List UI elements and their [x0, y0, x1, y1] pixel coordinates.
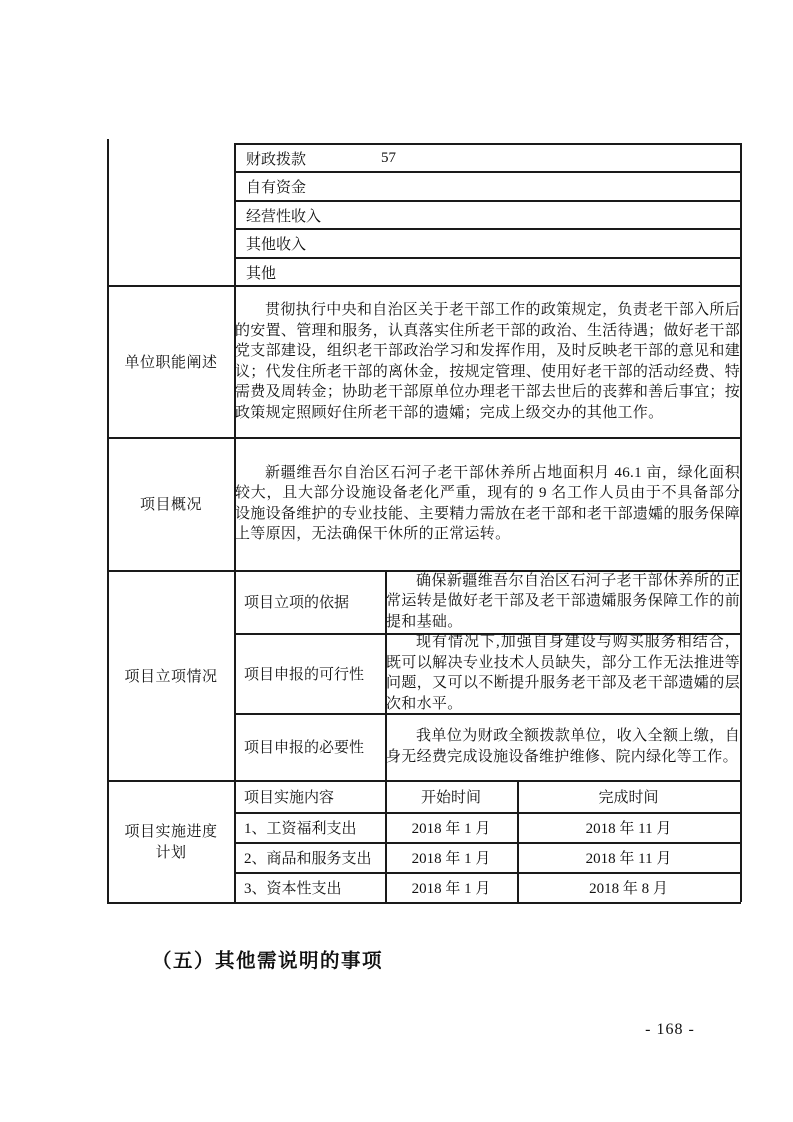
- schedule-row-content: 2、商品和服务支出: [235, 843, 385, 871]
- approval-feasibility-cell: 现有情况下,加强自身建设与购买服务相结合，既可以解决专业技术人员缺失，部分工作无…: [386, 634, 740, 712]
- table-row-funding: 经营性收入: [237, 202, 746, 228]
- row-label-implementation-schedule: 项目实施进度计划: [108, 781, 234, 901]
- schedule-header-content: 项目实施内容: [235, 782, 385, 811]
- project-overview-text: 新疆维吾尔自治区石河子老干部休养所占地面积月 46.1 亩，绿化面积较大，且大部…: [235, 463, 740, 545]
- funding-label: 自有资金: [246, 176, 306, 197]
- schedule-row-start: 2018 年 1 月: [386, 843, 516, 871]
- schedule-row-start: 2018 年 1 月: [386, 813, 516, 841]
- schedule-row-content: 1、工资福利支出: [235, 813, 385, 841]
- schedule-row-content: 3、资本性支出: [235, 873, 385, 901]
- section-heading: （五）其他需说明的事项: [152, 945, 383, 973]
- funding-label: 其他收入: [246, 233, 306, 254]
- schedule-row-finish: 2018 年 11 月: [518, 813, 739, 841]
- unit-function-text: 贯彻执行中央和自治区关于老干部工作的政策规定，负责老干部入所后的安置、管理和服务…: [235, 300, 740, 423]
- table-line: [107, 902, 741, 904]
- document-page: 财政拨款 57 自有资金 经营性收入 其他收入 其他 单位职能阐述 贯彻执行中央…: [0, 0, 793, 1122]
- approval-basis-cell: 确保新疆维吾尔自治区石河子老干部休养所的正常运转是做好老干部及老干部遗孀服务保障…: [386, 571, 740, 632]
- approval-sub-label: 项目立项的依据: [235, 571, 385, 632]
- table-row-funding: 其他收入: [237, 230, 746, 256]
- unit-function-cell: 贯彻执行中央和自治区关于老干部工作的政策规定，负责老干部入所后的安置、管理和服务…: [235, 287, 740, 436]
- project-overview-cell: 新疆维吾尔自治区石河子老干部休养所占地面积月 46.1 亩，绿化面积较大，且大部…: [235, 438, 740, 569]
- funding-label: 财政拨款: [246, 148, 306, 169]
- approval-sub-label: 项目申报的可行性: [235, 634, 385, 712]
- schedule-row-start: 2018 年 1 月: [386, 873, 516, 901]
- schedule-header-finish: 完成时间: [518, 782, 739, 811]
- funding-label: 经营性收入: [246, 205, 321, 226]
- schedule-row-finish: 2018 年 11 月: [518, 843, 739, 871]
- approval-sub-label: 项目申报的必要性: [235, 714, 385, 779]
- funding-value: 57: [381, 145, 396, 171]
- page-number: - 168 -: [628, 1021, 712, 1039]
- schedule-header-start: 开始时间: [386, 782, 516, 811]
- approval-necessity-cell: 我单位为财政全额拨款单位，收入全额上缴，自身无经费完成设施设备维护维修、院内绿化…: [386, 714, 740, 779]
- row-label-project-overview: 项目概况: [108, 438, 234, 569]
- table-row-funding: 其他: [237, 259, 746, 285]
- approval-necessity-text: 我单位为财政全额拨款单位，收入全额上缴，自身无经费完成设施设备维护维修、院内绿化…: [386, 726, 740, 767]
- schedule-row-finish: 2018 年 8 月: [518, 873, 739, 901]
- table-row-funding: 财政拨款 57: [237, 145, 746, 171]
- table-row-funding: 自有资金: [237, 173, 746, 199]
- approval-feasibility-text: 现有情况下,加强自身建设与购买服务相结合，既可以解决专业技术人员缺失，部分工作无…: [386, 632, 740, 714]
- row-label-project-approval: 项目立项情况: [108, 571, 234, 779]
- funding-label: 其他: [246, 262, 276, 283]
- row-label-unit-function: 单位职能阐述: [108, 287, 234, 436]
- approval-basis-text: 确保新疆维吾尔自治区石河子老干部休养所的正常运转是做好老干部及老干部遗孀服务保障…: [386, 571, 740, 633]
